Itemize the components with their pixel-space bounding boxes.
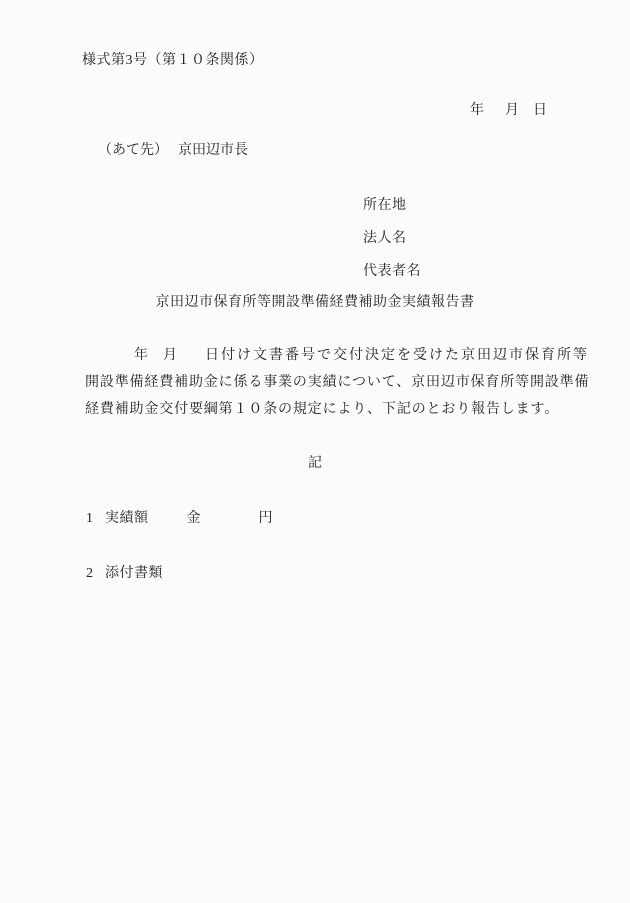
- item1-number: 1: [86, 511, 93, 526]
- sender-field-representative-name: 代表者名: [363, 260, 421, 280]
- item2-number: 2: [86, 566, 93, 581]
- addressee-name: 京田辺市長: [178, 143, 248, 158]
- date-month-label: 月: [505, 103, 519, 118]
- document-title: 京田辺市保育所等開設準備経費補助金実績報告書: [0, 291, 630, 311]
- item1-label: 実績額: [105, 511, 149, 526]
- body-line1-text: 日付け文書番号で交付決定を受けた京田辺市保育所等: [205, 348, 589, 363]
- body-year-label: 年: [134, 348, 148, 363]
- item-actual-amount: 1実績額金円: [86, 507, 273, 527]
- body-paragraph-line-1: 年月日付け文書番号で交付決定を受けた京田辺市保育所等: [134, 344, 589, 364]
- date-day-label: 日: [533, 103, 547, 118]
- date-year-label: 年: [470, 103, 484, 118]
- item1-currency-prefix: 金: [187, 511, 201, 526]
- form-number: 様式第3号（第１０条関係）: [82, 49, 264, 69]
- record-marker: 記: [0, 452, 630, 472]
- item1-unit-suffix: 円: [259, 511, 273, 526]
- body-paragraph-line-3: 経費補助金交付要綱第１０条の規定により、下記のとおり報告します。: [85, 398, 559, 418]
- document-page: 様式第3号（第１０条関係） 年月日 （あて先）京田辺市長 所在地 法人名 代表者…: [0, 0, 630, 903]
- addressee-line: （あて先）京田辺市長: [98, 139, 248, 159]
- sender-field-corporation-name: 法人名: [363, 227, 421, 247]
- sender-field-location: 所在地: [363, 194, 421, 214]
- addressee-label: （あて先）: [98, 143, 168, 158]
- sender-fields: 所在地 法人名 代表者名: [363, 194, 421, 293]
- body-paragraph-line-2: 開設準備経費補助金に係る事業の実績について、京田辺市保育所等開設準備: [85, 371, 589, 391]
- item2-label: 添付書類: [105, 566, 163, 581]
- date-line: 年月日: [470, 99, 547, 119]
- item-attached-documents: 2添付書類: [86, 562, 163, 582]
- body-month-label: 月: [163, 348, 177, 363]
